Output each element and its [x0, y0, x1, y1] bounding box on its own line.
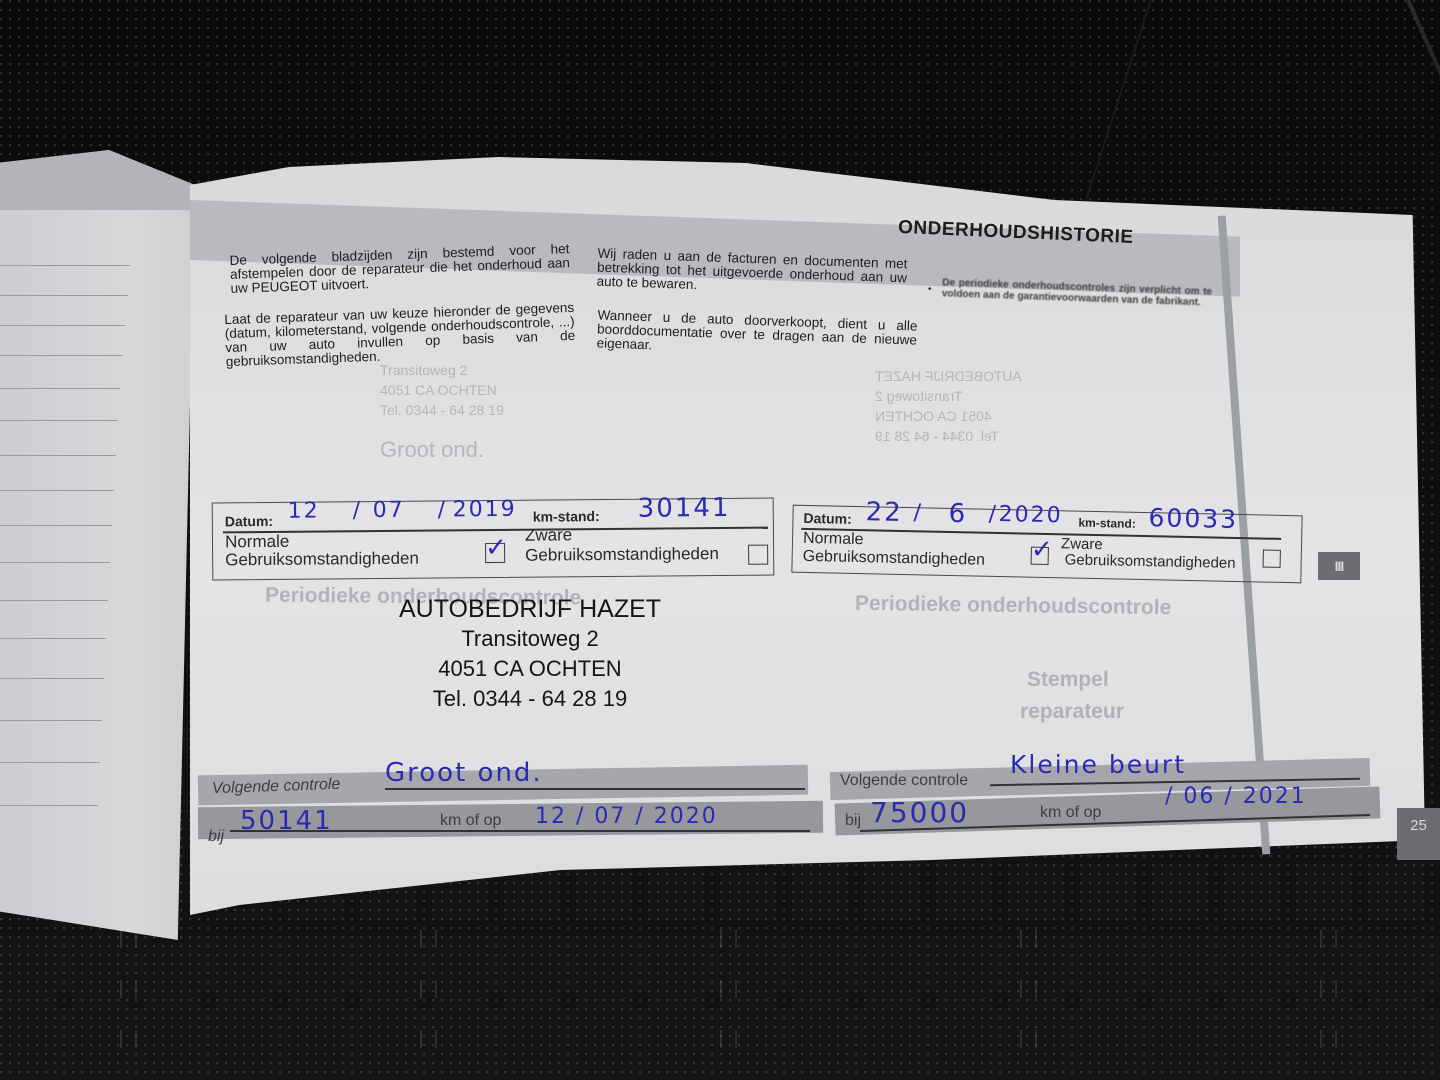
ruled-line	[0, 805, 98, 806]
km-stand-label: km-stand:	[1078, 516, 1136, 531]
section-tab: III	[1318, 552, 1360, 580]
ghost-line: Tel. 0344 - 64 28 19	[380, 400, 504, 420]
ruled-line	[0, 420, 118, 421]
entry-2-next-date: / 06 / 2021	[1165, 784, 1307, 809]
km-of-op-label: km of op	[440, 812, 501, 830]
ruled-line	[0, 762, 100, 763]
stamp-name: AUTOBEDRIJF HAZET	[355, 595, 705, 624]
ruled-line	[0, 455, 116, 456]
entry-2-year: 2020	[998, 502, 1063, 528]
service-entry-2: Datum: 22 / 6 / 2020 km-stand: 60033 Nor…	[791, 505, 1302, 584]
ruled-line	[0, 525, 112, 526]
entry-2-km: 60033	[1148, 503, 1238, 534]
checkmark-icon: ✓	[1031, 539, 1053, 559]
ruled-line	[0, 325, 125, 326]
garage-stamp: AUTOBEDRIJF HAZET Transitoweg 2 4051 CA …	[355, 595, 705, 714]
underline	[230, 830, 810, 832]
stempel-label: Stempel	[1027, 668, 1109, 692]
ghost-line: AUTOBEDRIJF HAZET	[875, 366, 1022, 386]
stamp-street: Transitoweg 2	[355, 624, 705, 654]
entry-1-km: 30141	[638, 493, 731, 524]
entry-1-next-km: 50141	[240, 806, 333, 836]
underline	[385, 788, 805, 790]
ruled-line	[0, 355, 123, 356]
ghost-imprint-left: Transitoweg 2 4051 CA OCHTEN Tel. 0344 -…	[380, 360, 504, 460]
left-page	[0, 150, 195, 940]
datum-label: Datum:	[225, 513, 273, 529]
service-entry-1: Datum: 12 / 07 / 2019 km-stand: 30141 No…	[212, 498, 775, 581]
ghost-line: Groot ond.	[380, 440, 504, 460]
bij-label: bij	[208, 828, 224, 846]
periodieke-label: Periodieke onderhoudscontrole	[855, 592, 1172, 620]
ghost-line: Transitoweg 2	[380, 360, 504, 380]
ruled-line	[0, 388, 120, 389]
entry-2-day: 22	[865, 497, 903, 528]
normale-label: Normale	[803, 530, 864, 549]
ghost-line: 4051 CA OCHTEN	[875, 406, 1022, 426]
entry-2-next-control: Kleine beurt	[1010, 750, 1186, 779]
ghost-line: 4051 CA OCHTEN	[380, 380, 504, 400]
km-of-op-label: km of op	[1040, 804, 1101, 822]
entry-1-year: 2019	[453, 497, 517, 523]
heavy-checkbox[interactable]	[748, 545, 768, 565]
stamp-phone: Tel. 0344 - 64 28 19	[355, 684, 705, 714]
entry-1-month: 07	[373, 498, 405, 523]
entry-1-next-date: 12 / 07 / 2020	[535, 804, 718, 829]
ghost-line: Tel. 0344 - 64 28 19	[875, 426, 1022, 446]
ruled-line	[0, 638, 106, 639]
entry-2-next-km: 75000	[870, 796, 969, 829]
ghost-imprint-right: AUTOBEDRIJF HAZET Transitoweg 2 4051 CA …	[875, 366, 1022, 446]
ghost-line: Transitoweg 2	[875, 386, 1022, 406]
ruled-line	[0, 490, 114, 491]
ruled-line	[0, 562, 110, 563]
zware-gebruik-label: Gebruiksomstandigheden	[1064, 551, 1235, 573]
reparateur-label: reparateur	[1020, 700, 1124, 724]
entry-1-day: 12	[288, 499, 320, 524]
km-stand-label: km-stand:	[533, 508, 600, 525]
entry-1-next-control: Groot ond.	[385, 758, 543, 788]
zware-label: Zware	[525, 526, 572, 544]
normale-gebruik-label: Gebruiksomstandigheden	[225, 550, 419, 570]
stamp-city: 4051 CA OCHTEN	[355, 654, 705, 684]
seat-fabric-pattern	[0, 930, 1440, 1080]
checkmark-icon: ✓	[485, 537, 507, 557]
heavy-checkbox[interactable]	[1263, 550, 1281, 568]
volgende-label: Volgende controle	[840, 772, 968, 790]
ruled-line	[0, 678, 104, 679]
entry-2-month: 6	[948, 499, 967, 529]
normale-label: Normale	[225, 533, 289, 552]
datum-label: Datum:	[803, 510, 852, 527]
ruled-line	[0, 600, 108, 601]
normale-gebruik-label: Gebruiksomstandigheden	[802, 548, 985, 570]
ruled-line	[0, 265, 130, 266]
bij-label: bij	[845, 812, 861, 830]
ruled-line	[0, 295, 128, 296]
zware-gebruik-label: Gebruiksomstandigheden	[525, 545, 719, 565]
bullet-icon: •	[928, 284, 932, 295]
ruled-line	[0, 720, 102, 721]
page-number: 25	[1397, 808, 1440, 860]
